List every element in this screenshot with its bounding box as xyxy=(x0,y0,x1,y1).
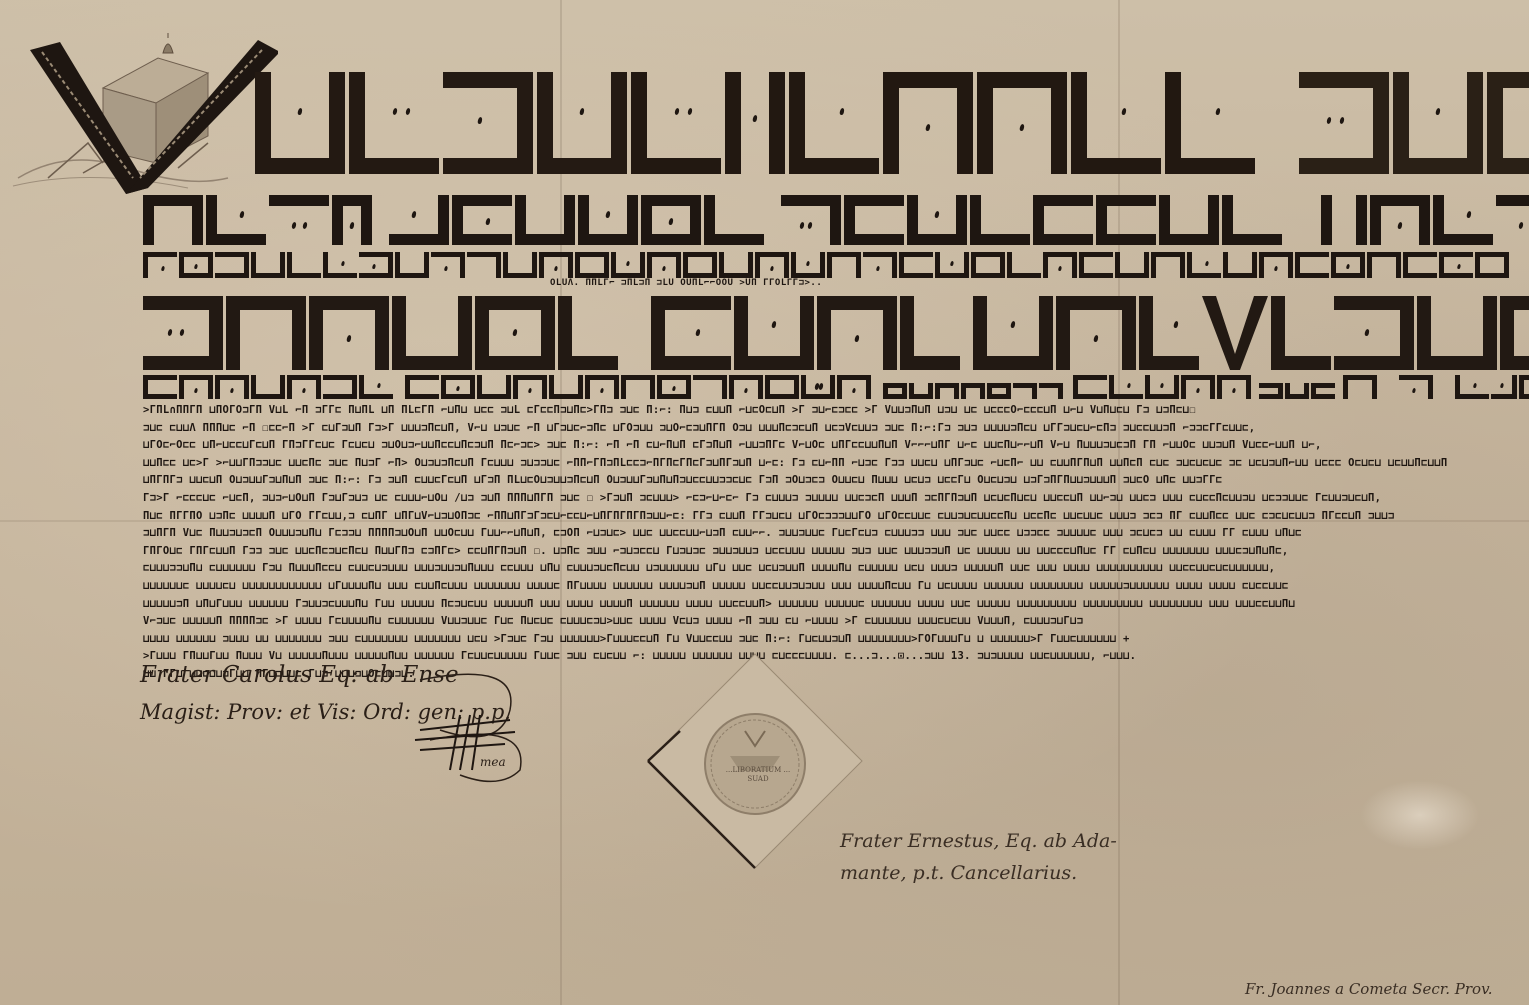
cipher-glyph xyxy=(1475,252,1509,278)
cipher-glyph xyxy=(1079,252,1113,278)
cipher-glyph xyxy=(765,375,799,399)
cipher-glyph xyxy=(215,252,249,278)
cipher-glyph xyxy=(827,252,861,278)
cipher-glyph xyxy=(1295,252,1329,278)
cipher-glyph xyxy=(1519,375,1529,399)
cipher-glyph xyxy=(513,375,547,399)
body-line: V⌐⊐⊔⊏ ⊔⊔⊔⊔⊔Π ΠΠΠΠ⊐⊏ >Γ ⊔⊔⊔⊔ Γ⊏⊔⊔⊔⊔Π⊔ ⊏⊔⊔… xyxy=(143,613,1493,631)
cipher-glyph xyxy=(1491,375,1517,399)
cipher-glyph xyxy=(817,296,897,370)
cipher-glyph xyxy=(332,195,372,245)
cipher-glyph-v xyxy=(1202,296,1268,370)
cipher-glyph xyxy=(1151,252,1185,278)
signature-flourish-icon xyxy=(400,660,540,790)
cipher-glyph xyxy=(1145,375,1179,399)
cipher-glyph xyxy=(143,296,223,370)
cipher-glyph xyxy=(578,195,638,245)
body-line: Π⊔⊏ ΠΓΓΠΟ ⊔⊐Π⊏ ⊔⊔⊔⊔Π ⊔ΓΟ ΓΓ⊏⊔⊔,⊐ ⊏⊔ΠΓ ⊔Π… xyxy=(143,508,1493,526)
cipher-glyph xyxy=(1109,375,1143,399)
body-line: Γ⊐>Γ ⌐⊏⊏⊏⊔⊏ ⌐⊔⊏Π, ⊐⊔⊐⌐⊔Ο⊔Π Γ⊐⊔Γ⊐⊔⊐ ⊔⊏ ⊏⊔… xyxy=(143,490,1493,508)
cipher-glyph xyxy=(309,296,389,370)
cipher-glyph xyxy=(1271,296,1331,370)
cipher-glyph xyxy=(1311,383,1335,399)
cipher-glyph xyxy=(1222,195,1282,245)
cipher-glyph xyxy=(431,252,465,278)
cipher-glyph xyxy=(1299,72,1389,174)
cipher-glyph xyxy=(539,252,573,278)
cipher-glyph xyxy=(883,383,907,399)
signature-chancellor-line2: mante, p.t. Cancellarius. xyxy=(840,862,1077,884)
cipher-glyph xyxy=(725,72,785,174)
cipher-glyph xyxy=(392,296,472,370)
cipher-glyph xyxy=(1159,195,1219,245)
cipher-glyph xyxy=(251,252,285,278)
cipher-glyph xyxy=(287,252,321,278)
cipher-glyph xyxy=(1056,296,1136,370)
paper-stain xyxy=(1360,780,1480,850)
body-line: ⊔ΓΟ⊏⌐Ο⊏⊏ ⊔Π⌐⊔⊏⊏⊔Γ⊏⊔Π ΓΠ⊐ΓΓ⊏⊔⊏ Γ⊏⊔⊏⊔ ⊐⊔Ο⊔… xyxy=(143,437,1493,455)
cipher-glyph xyxy=(961,383,985,399)
cipher-glyph xyxy=(467,252,501,278)
square-and-ashlar-emblem xyxy=(8,28,278,198)
cipher-glyph xyxy=(1013,383,1037,399)
cipher-glyph xyxy=(349,72,439,174)
cipher-glyph xyxy=(255,72,345,174)
cipher-glyph xyxy=(359,252,393,278)
cipher-glyph xyxy=(1071,72,1161,174)
cipher-glyph xyxy=(1187,252,1221,278)
cipher-glyph xyxy=(1096,195,1156,245)
cipher-glyph xyxy=(935,383,959,399)
cipher-glyph xyxy=(801,375,835,399)
cipher-glyph xyxy=(977,72,1067,174)
cipher-caption-line: ΟLUΛ. ΠΠLΓ⌐ ⊐ΠL⊐Π ⊐LU ΟUΠL⌐⌐ΟΟU >UΠ ΓΓΟL… xyxy=(550,278,822,288)
cipher-glyph xyxy=(719,252,753,278)
cipher-glyph xyxy=(441,375,475,399)
cipher-glyph xyxy=(791,252,825,278)
cipher-glyph xyxy=(251,375,285,399)
cipher-glyph xyxy=(973,296,1053,370)
cipher-glyph xyxy=(1139,296,1199,370)
cipher-glyph xyxy=(844,195,904,245)
cipher-glyph xyxy=(987,383,1011,399)
cipher-glyph xyxy=(1259,383,1283,399)
cipher-glyph xyxy=(657,375,691,399)
cipher-glyph xyxy=(611,252,645,278)
cipher-glyph xyxy=(651,296,731,370)
cipher-glyph xyxy=(389,195,449,245)
cipher-glyph xyxy=(206,195,266,245)
cipher-glyph xyxy=(359,375,393,399)
cipher-glyph xyxy=(575,252,609,278)
signature-grand-master-extra: mea xyxy=(480,755,506,769)
cipher-glyph xyxy=(1259,252,1293,278)
document-page: ΟLUΛ. ΠΠLΓ⌐ ⊐ΠL⊐Π ⊐LU ΟUΠL⌐⌐ΟΟU >UΠ ΓΓΟL… xyxy=(0,0,1529,1005)
cipher-glyph xyxy=(443,72,533,174)
cipher-glyph xyxy=(883,72,973,174)
cipher-glyph xyxy=(1223,252,1257,278)
cipher-glyph xyxy=(1500,296,1529,370)
cipher-glyph xyxy=(143,195,203,245)
cipher-glyph xyxy=(647,252,681,278)
cipher-glyph xyxy=(179,375,213,399)
body-line: ⊔⊔⊔⊔⊔⊔⊏ ⊔⊔⊔⊔⊏⊔ ⊔⊔⊔⊔⊔⊔⊔⊔⊔⊔⊔⊔ ⊔Γ⊔⊔⊔⊔Π⊔ ⊔⊔⊔… xyxy=(143,578,1493,596)
cipher-headline-1 xyxy=(255,72,1529,174)
cipher-glyph xyxy=(549,375,583,399)
cipher-glyph xyxy=(269,195,329,245)
cipher-line-medium-1 xyxy=(143,252,1511,278)
cipher-glyph xyxy=(1073,375,1107,399)
cipher-glyph xyxy=(226,296,306,370)
cipher-glyph xyxy=(1393,72,1483,174)
body-line: ⊐⊔⊏ ⊏⊔⊔Λ ΠΠΠ⊔⊏ ⌐Π ☐⊏⊏⌐Π >Γ ⊏⊔Γ⊐⊔Π Γ⊐>Γ ⊔… xyxy=(143,420,1493,438)
cipher-glyph xyxy=(971,252,1005,278)
cipher-glyph xyxy=(900,296,960,370)
cipher-glyph xyxy=(621,375,655,399)
cipher-glyph xyxy=(558,296,618,370)
cipher-glyph xyxy=(1487,72,1529,174)
cipher-body-text: >ΓΠL∩ΠΠΓΠ ⊔ΠΟΓΟ⊐ΓΠ V⊔L ⌐Π ⊐ΓΓ⊏ Π⊔ΠL ⊔Π Π… xyxy=(143,402,1493,684)
cipher-glyph xyxy=(1285,383,1309,399)
cipher-glyph xyxy=(323,252,357,278)
body-line: ⊐⊔ΠΓΠ V⊔⊏ Π⊔⊔⊐⊔⊐⊏Π Ο⊔⊔⊔⊐⊔Π⊔ Γ⊏⊐⊐⊔ ΠΠΠΠ⊐⊔… xyxy=(143,525,1493,543)
signature-chancellor-line1: Frater Ernestus, Eq. ab Ada- xyxy=(840,830,1117,852)
cipher-glyph xyxy=(907,195,967,245)
body-line: >ΓΠL∩ΠΠΓΠ ⊔ΠΟΓΟ⊐ΓΠ V⊔L ⌐Π ⊐ΓΓ⊏ Π⊔ΠL ⊔Π Π… xyxy=(143,402,1493,420)
cipher-glyph xyxy=(729,375,763,399)
cipher-glyph xyxy=(1496,195,1529,245)
cipher-glyph xyxy=(1370,195,1430,245)
cipher-glyph xyxy=(1403,252,1437,278)
cipher-glyph xyxy=(1033,195,1093,245)
cipher-glyph xyxy=(179,252,213,278)
cipher-glyph xyxy=(1165,72,1255,174)
cipher-glyph xyxy=(781,195,841,245)
cipher-glyph xyxy=(755,252,789,278)
cipher-glyph xyxy=(1455,375,1489,399)
body-line: ⊔⊔Π⊏⊏ ⊔⊏>Γ >⌐⊔⊔ΓΠ⊐⊐⊔⊏ ⊔⊔⊏Π⊏ ⊐⊔⊏ Π⊔⊐Γ ⌐Π>… xyxy=(143,455,1493,473)
cipher-glyph xyxy=(704,195,764,245)
cipher-glyph xyxy=(1417,296,1497,370)
cipher-glyph xyxy=(734,296,814,370)
cipher-glyph xyxy=(1367,252,1401,278)
cipher-glyph xyxy=(537,72,627,174)
body-line: ⊏⊔⊔⊔⊐⊐⊔Π⊔ ⊏⊔⊔⊔⊔⊔⊔ Γ⊐⊔ Π⊔⊔⊔Π⊏⊏⊔ ⊏⊔⊔⊏⊔⊐⊔⊔⊔… xyxy=(143,560,1493,578)
cipher-glyph xyxy=(143,252,177,278)
cipher-glyph xyxy=(837,375,871,399)
cipher-glyph xyxy=(515,195,575,245)
cipher-glyph xyxy=(452,195,512,245)
body-line: ΓΠΓΟ⊔⊏ ΓΠΓ⊏⊔⊔Π Γ⊐⊐ ⊐⊔⊏ ⊔⊔⊏Π⊏⊐⊔⊏Π⊏⊔ Π⊔⊔ΓΠ… xyxy=(143,543,1493,561)
cipher-glyph xyxy=(287,375,321,399)
cipher-glyph xyxy=(1439,252,1473,278)
cipher-glyph xyxy=(909,383,933,399)
cipher-glyph xyxy=(1334,296,1414,370)
cipher-glyph xyxy=(1043,252,1077,278)
cipher-glyph xyxy=(323,375,357,399)
cipher-glyph xyxy=(863,252,897,278)
cipher-glyph xyxy=(405,375,439,399)
cipher-glyph xyxy=(1217,375,1251,399)
cipher-glyph xyxy=(789,72,879,174)
signature-secretary: Fr. Joannes a Cometa Secr. Prov. xyxy=(1245,980,1493,998)
cipher-glyph xyxy=(395,252,429,278)
cipher-glyph xyxy=(477,375,511,399)
cipher-glyph xyxy=(585,375,619,399)
cipher-glyph xyxy=(683,252,717,278)
cipher-glyph xyxy=(935,252,969,278)
cipher-glyph xyxy=(970,195,1030,245)
body-line: ⊔ΠΓΠΓ⊐ ⊔⊔⊏⊔Π Ο⊔⊐⊔⊔Γ⊐⊔Π⊔Π ⊐⊔⊏ Π:⌐: Γ⊐ ⊐⊔Π… xyxy=(143,472,1493,490)
cipher-glyph xyxy=(475,296,555,370)
cipher-glyph xyxy=(1331,252,1365,278)
cipher-line-medium-2 xyxy=(143,375,1529,399)
cipher-glyph xyxy=(1039,383,1063,399)
cipher-glyph xyxy=(693,375,727,399)
cipher-glyph xyxy=(503,252,537,278)
wax-seal-icon xyxy=(640,646,870,876)
cipher-glyph xyxy=(1343,375,1377,399)
cipher-glyph xyxy=(1399,375,1433,399)
cipher-glyph xyxy=(631,72,721,174)
body-line: ⊔⊔⊔⊔⊔⊐Π ⊔Π⊔Γ⊔⊔⊔ ⊔⊔⊔⊔⊔⊔ Γ⊐⊔⊔⊐⊏⊔⊔⊔Π⊔ Γ⊔⊔ ⊔… xyxy=(143,596,1493,614)
cipher-glyph xyxy=(1433,195,1493,245)
cipher-glyph xyxy=(1321,195,1367,245)
cipher-headline-3 xyxy=(143,296,1529,370)
cipher-glyph xyxy=(641,195,701,245)
cipher-glyph xyxy=(1007,252,1041,278)
cipher-headline-2 xyxy=(143,195,1529,245)
cipher-glyph xyxy=(1181,375,1215,399)
seal-inscription: ...LIBORATIUM ... SUAD xyxy=(718,766,798,784)
cipher-glyph xyxy=(899,252,933,278)
cipher-glyph xyxy=(215,375,249,399)
cipher-glyph xyxy=(1115,252,1149,278)
cipher-glyph xyxy=(143,375,177,399)
